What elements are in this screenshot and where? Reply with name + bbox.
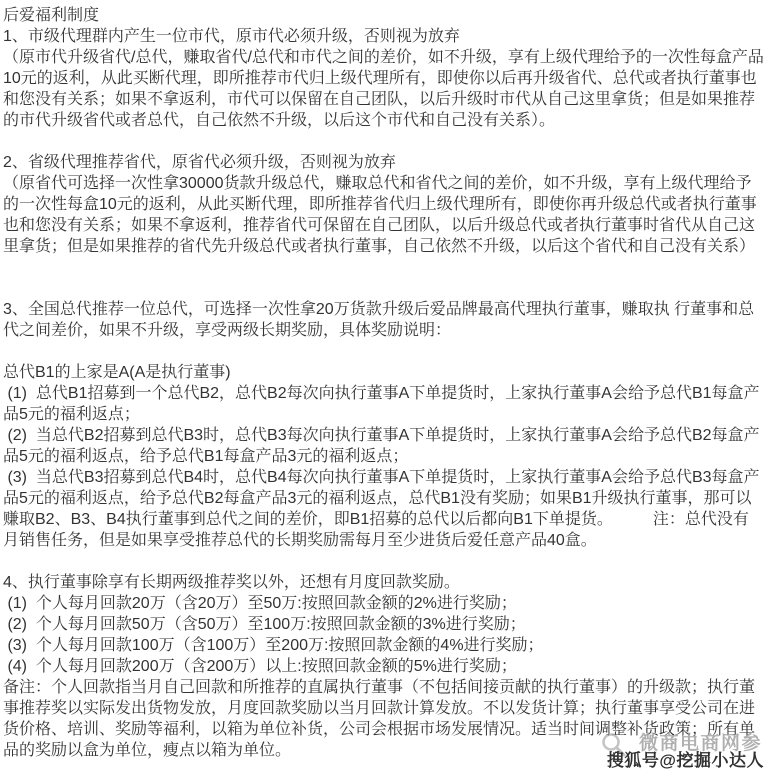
section-4-heading: 4、执行董事除享有长期两级推荐奖以外，还想有月度回款奖励。 bbox=[3, 572, 764, 593]
section-3-heading: 3、全国总代推荐一位总代，可选择一次性拿20万货款升级后爱品牌最高代理执行董事，… bbox=[3, 299, 764, 341]
section-4-item-1: (1) 个人每月回款20万（含20万）至50万:按照回款金额的2%进行奖励； bbox=[3, 593, 764, 614]
section-4-item-3: (3) 个人每月回款100万（含100万）至200万:按照回款金额的4%进行奖励… bbox=[3, 635, 764, 656]
article-page: 后爱福利制度 1、市级代理群内产生一位市代，原市代必须升级，否则视为放弃 （原市… bbox=[0, 0, 766, 775]
watermark-account: 搜狐号@挖掘小达人 bbox=[607, 751, 764, 770]
section-3-item-3: (3) 当总代B3招募到总代B4时，总代B4每次向执行董事A下单提货时，上家执行… bbox=[3, 467, 764, 551]
section-3-item-1: (1) 总代B1招募到一个总代B2，总代B2每次向执行董事A下单提货时，上家执行… bbox=[3, 383, 764, 425]
section-3-intro: 总代B1的上家是A(A是执行董事) bbox=[3, 362, 764, 383]
section-2-heading: 2、省级代理推荐省代，原省代必须升级，否则视为放弃 bbox=[3, 152, 764, 173]
page-title: 后爱福利制度 bbox=[3, 5, 764, 26]
section-1-heading: 1、市级代理群内产生一位市代，原市代必须升级，否则视为放弃 bbox=[3, 26, 764, 47]
section-2-body: （原省代可选择一次性拿30000货款升级总代，赚取总代和省代之间的差价，如不升级… bbox=[3, 173, 764, 257]
section-3-item-2: (2) 当总代B2招募到总代B3时，总代B3每次向执行董事A下单提货时，上家执行… bbox=[3, 425, 764, 467]
article-body: 后爱福利制度 1、市级代理群内产生一位市代，原市代必须升级，否则视为放弃 （原市… bbox=[3, 5, 764, 761]
section-4-item-2: (2) 个人每月回款50万（含50万）至100万:按照回款金额的3%进行奖励； bbox=[3, 614, 764, 635]
section-4-item-4: (4) 个人每月回款200万（含200万）以上:按照回款金额的5%进行奖励； bbox=[3, 656, 764, 677]
section-1-body: （原市代升级省代/总代，赚取省代/总代和市代之间的差价，如不升级，享有上级代理给… bbox=[3, 47, 764, 131]
